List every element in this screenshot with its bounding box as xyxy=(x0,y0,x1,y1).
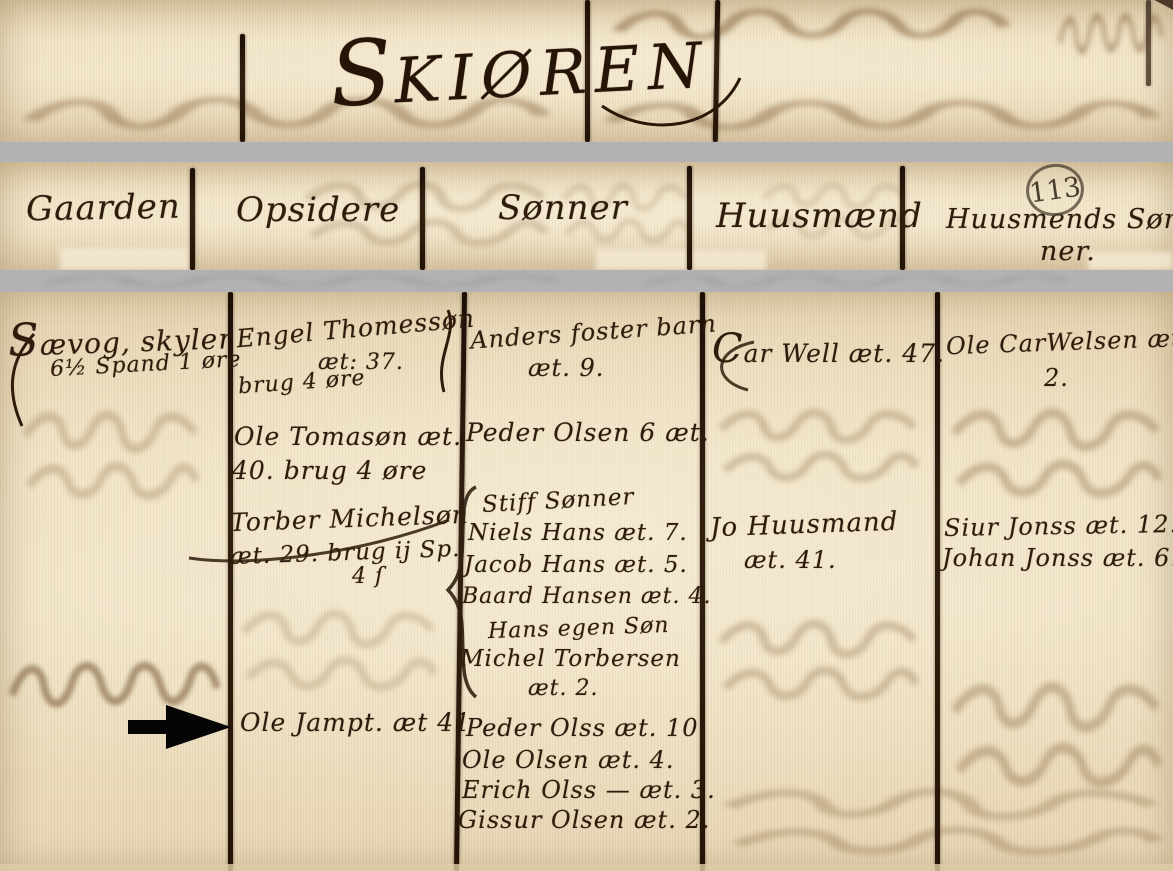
opsidere-entry-4: Ole Jampt. æt 41 xyxy=(240,708,471,737)
ink-flourish xyxy=(704,336,760,396)
ink-flourish xyxy=(0,330,40,430)
table-body-strip: Sævog, skyler 6½ Spand 1 øre Engel Thome… xyxy=(0,292,1173,871)
title-strip: SKIØREN xyxy=(0,0,1173,142)
scanned-register-page: SKIØREN Gaarden Opsidere Sønner Huusmænd… xyxy=(0,0,1173,871)
column-divider xyxy=(935,292,940,871)
gray-separator-bar xyxy=(0,270,1173,292)
bleedthrough-writing xyxy=(238,602,438,702)
paper-edge xyxy=(0,864,1173,871)
sonner-entry-4-item3: Erich Olss — æt. 3. xyxy=(462,776,716,804)
paper-patch xyxy=(60,248,190,270)
huusmaend-entry-2-line2: æt. 41. xyxy=(744,546,837,574)
stepson-2: Jacob Hans æt. 5. xyxy=(464,552,688,578)
column-divider xyxy=(228,292,233,871)
column-header-gaarden: Gaarden xyxy=(26,187,181,230)
paper-patch xyxy=(596,250,766,270)
column-divider xyxy=(1146,0,1151,86)
own-son-name: Michel Torbersen xyxy=(460,646,681,672)
huusmends-sonner-entry-2-line2: Johan Jonss æt. 6. xyxy=(942,544,1173,572)
column-divider xyxy=(190,168,195,270)
bleedthrough-writing xyxy=(20,402,200,512)
column-header-huusmends-sonner-line2: ner. xyxy=(1040,236,1096,267)
opsidere-entry-2-line1: Ole Tomasøn æt. xyxy=(234,422,462,451)
own-son-label: Hans egen Søn xyxy=(488,613,670,644)
huusmends-sonner-entry-1-line1: Ole CarWelsen æt. xyxy=(946,324,1173,361)
header-strip: Gaarden Opsidere Sønner Huusmænd Huusmen… xyxy=(0,162,1173,270)
paper-patch xyxy=(1088,252,1173,270)
gray-separator-bar xyxy=(0,142,1173,162)
opsidere-entry-2-line2: 40. brug 4 øre xyxy=(232,456,427,485)
ink-flourish xyxy=(185,514,455,564)
huusmends-sonner-entry-2-line1: Siur Jonss æt. 12. xyxy=(944,510,1173,542)
bleedthrough-writing xyxy=(715,782,1165,864)
sonner-entry-4-item4: Gissur Olsen æt. 2. xyxy=(458,806,710,834)
sonner-entry-1-line1: Anders foster barn xyxy=(469,309,717,354)
column-divider xyxy=(687,166,692,270)
ink-flourish xyxy=(596,72,746,138)
column-divider xyxy=(240,34,245,142)
stepson-3: Baard Hansen æt. 4. xyxy=(462,584,711,609)
huusmaend-entry-2-line1: Jo Huusmand xyxy=(710,507,899,544)
column-header-huusmaend: Huusmænd xyxy=(716,196,923,236)
column-header-opsidere: Opsidere xyxy=(236,190,400,230)
column-header-sonner: Sønner xyxy=(498,188,628,228)
own-son-age: æt. 2. xyxy=(528,676,599,701)
bleedthrough-writing xyxy=(40,272,560,290)
annotation-arrow-icon xyxy=(128,702,232,752)
column-divider xyxy=(420,167,425,270)
bleedthrough-writing xyxy=(715,402,920,492)
huusmends-sonner-entry-1-line2: 2. xyxy=(1044,364,1069,392)
bleedthrough-writing xyxy=(640,272,1070,290)
sonner-entry-4-item1: Peder Olss æt. 10. xyxy=(466,714,707,742)
bleedthrough-writing xyxy=(715,612,920,712)
page-number: 113 xyxy=(1027,171,1082,209)
sonner-entry-2: Peder Olsen 6 æt. xyxy=(466,418,710,447)
stepsons-group-label: Stiff Sønner xyxy=(481,484,635,518)
bleedthrough-writing xyxy=(948,400,1163,510)
sonner-entry-4-item2: Ole Olsen æt. 4. xyxy=(462,746,675,774)
opsidere-entry-3-extra: 4 ſ xyxy=(352,564,384,589)
stepson-1: Niels Hans æt. 7. xyxy=(468,520,688,546)
opsidere-entry-1-use: brug 4 øre xyxy=(237,366,366,400)
ink-flourish xyxy=(428,306,460,398)
sonner-entry-1-line2: æt. 9. xyxy=(528,354,604,382)
